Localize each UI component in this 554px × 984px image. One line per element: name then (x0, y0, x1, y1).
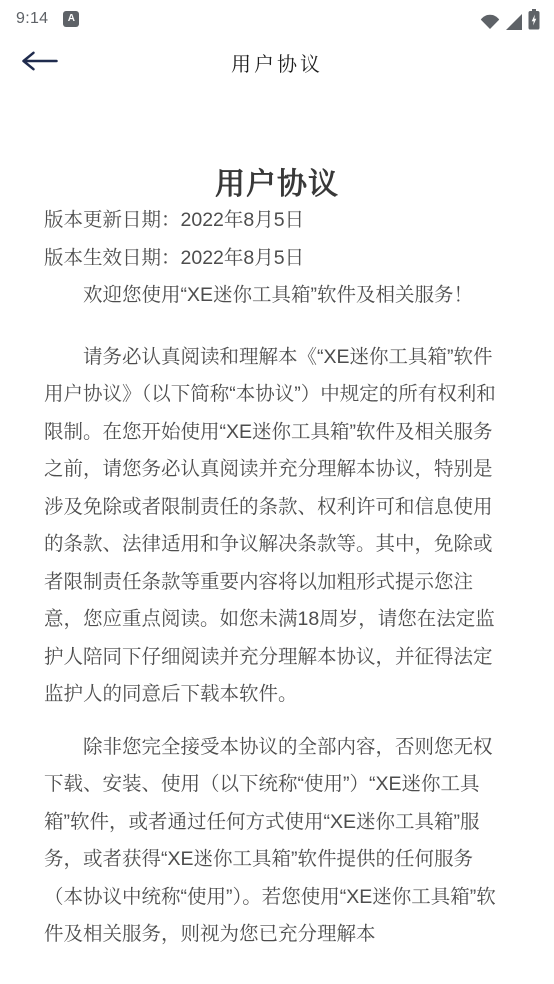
agreement-paragraphs: 请务必认真阅读和理解本《“XE迷你工具箱”软件用户协议》（以下简称“本协议”）中… (44, 339, 510, 954)
version-update-date: 版本更新日期：2022年8月5日 (44, 202, 510, 240)
notification-app-icon: A (63, 11, 79, 27)
back-arrow-icon (20, 50, 58, 75)
status-bar-right (474, 9, 540, 30)
document-title: 用户协议 (44, 168, 510, 202)
cellular-signal-icon (506, 14, 522, 30)
user-agreement-screen: 9:14 A (0, 0, 554, 984)
status-bar-left: 9:14 A (16, 10, 79, 28)
page-title: 用户协议 (231, 48, 323, 77)
agreement-paragraph: 除非您完全接受本协议的全部内容，否则您无权下载、安装、使用（以下统称“使用”）“… (44, 729, 510, 954)
welcome-line: 欢迎您使用“XE迷你工具箱”软件及相关服务！ (44, 277, 510, 315)
agreement-paragraph: 请务必认真阅读和理解本《“XE迷你工具箱”软件用户协议》（以下简称“本协议”）中… (44, 339, 510, 714)
agreement-content[interactable]: 用户协议 版本更新日期：2022年8月5日 版本生效日期：2022年8月5日 欢… (0, 92, 554, 984)
back-button[interactable] (18, 48, 60, 77)
status-time: 9:14 (16, 10, 48, 28)
status-bar: 9:14 A (0, 0, 554, 32)
app-bar: 用户协议 (0, 32, 554, 92)
wifi-icon (480, 14, 500, 30)
version-effective-date: 版本生效日期：2022年8月5日 (44, 240, 510, 278)
battery-charging-icon (528, 9, 540, 30)
